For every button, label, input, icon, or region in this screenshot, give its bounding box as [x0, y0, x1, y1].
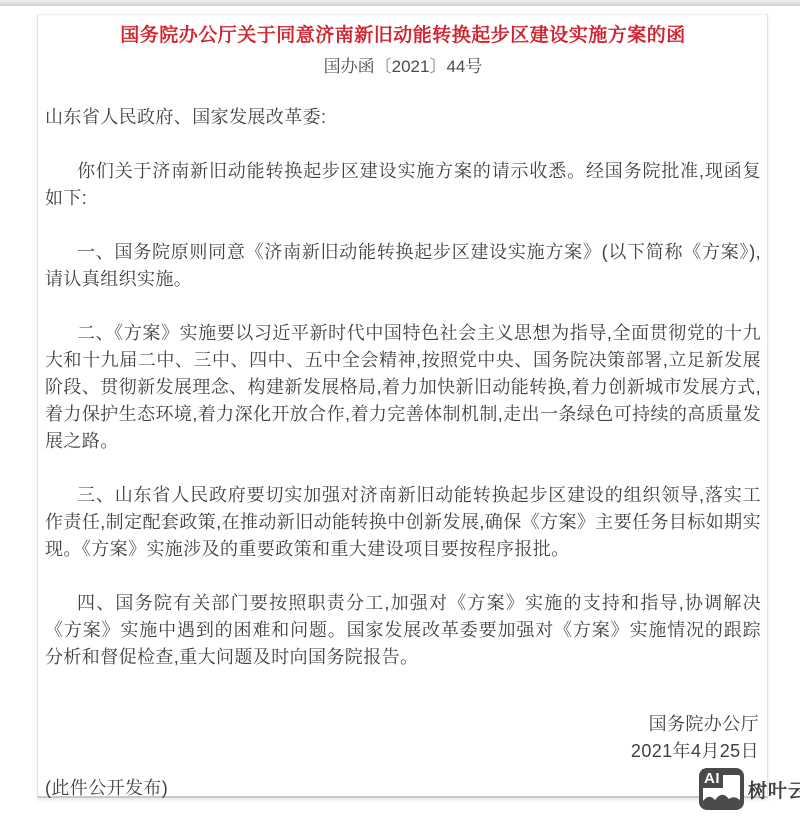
signature-issuer: 国务院办公厅: [45, 711, 759, 738]
letter-document: 国务院办公厅关于同意济南新旧动能转换起步区建设实施方案的函 国办函〔2021〕4…: [37, 14, 768, 798]
paragraph-item-3: 三、山东省人民政府要切实加强对济南新旧动能转换起步区建设的组织领导,落实工作责任…: [45, 482, 761, 563]
top-shadow-strip: [0, 0, 800, 6]
paragraph-item-2: 二、《方案》实施要以习近平新时代中国特色社会主义思想为指导,全面贯彻党的十九大和…: [45, 320, 761, 455]
paragraph-item-1: 一、国务院原则同意《济南新旧动能转换起步区建设实施方案》(以下简称《方案》),请…: [45, 239, 761, 293]
salutation: 山东省人民政府、国家发展改革委:: [45, 104, 761, 131]
ai-image-logo-icon: AI: [699, 768, 744, 810]
letter-title: 国务院办公厅关于同意济南新旧动能转换起步区建设实施方案的函: [45, 23, 761, 49]
doc-number: 国办函〔2021〕44号: [45, 54, 761, 80]
paragraph-item-4: 四、国务院有关部门要按照职责分工,加强对《方案》实施的支持和指导,协调解决《方案…: [45, 590, 761, 671]
ai-label: AI: [702, 769, 723, 788]
watermark-brand: AI 树叶云: [699, 768, 800, 810]
mountain-icon: [703, 789, 740, 805]
signature-date: 2021年4月25日: [45, 738, 759, 765]
brand-name: 树叶云: [748, 776, 800, 803]
paragraph-intro: 你们关于济南新旧动能转换起步区建设实施方案的请示收悉。经国务院批准,现函复如下:: [45, 158, 761, 212]
publication-note: (此件公开发布): [45, 775, 761, 802]
signature-block: 国务院办公厅 2021年4月25日: [45, 711, 761, 765]
